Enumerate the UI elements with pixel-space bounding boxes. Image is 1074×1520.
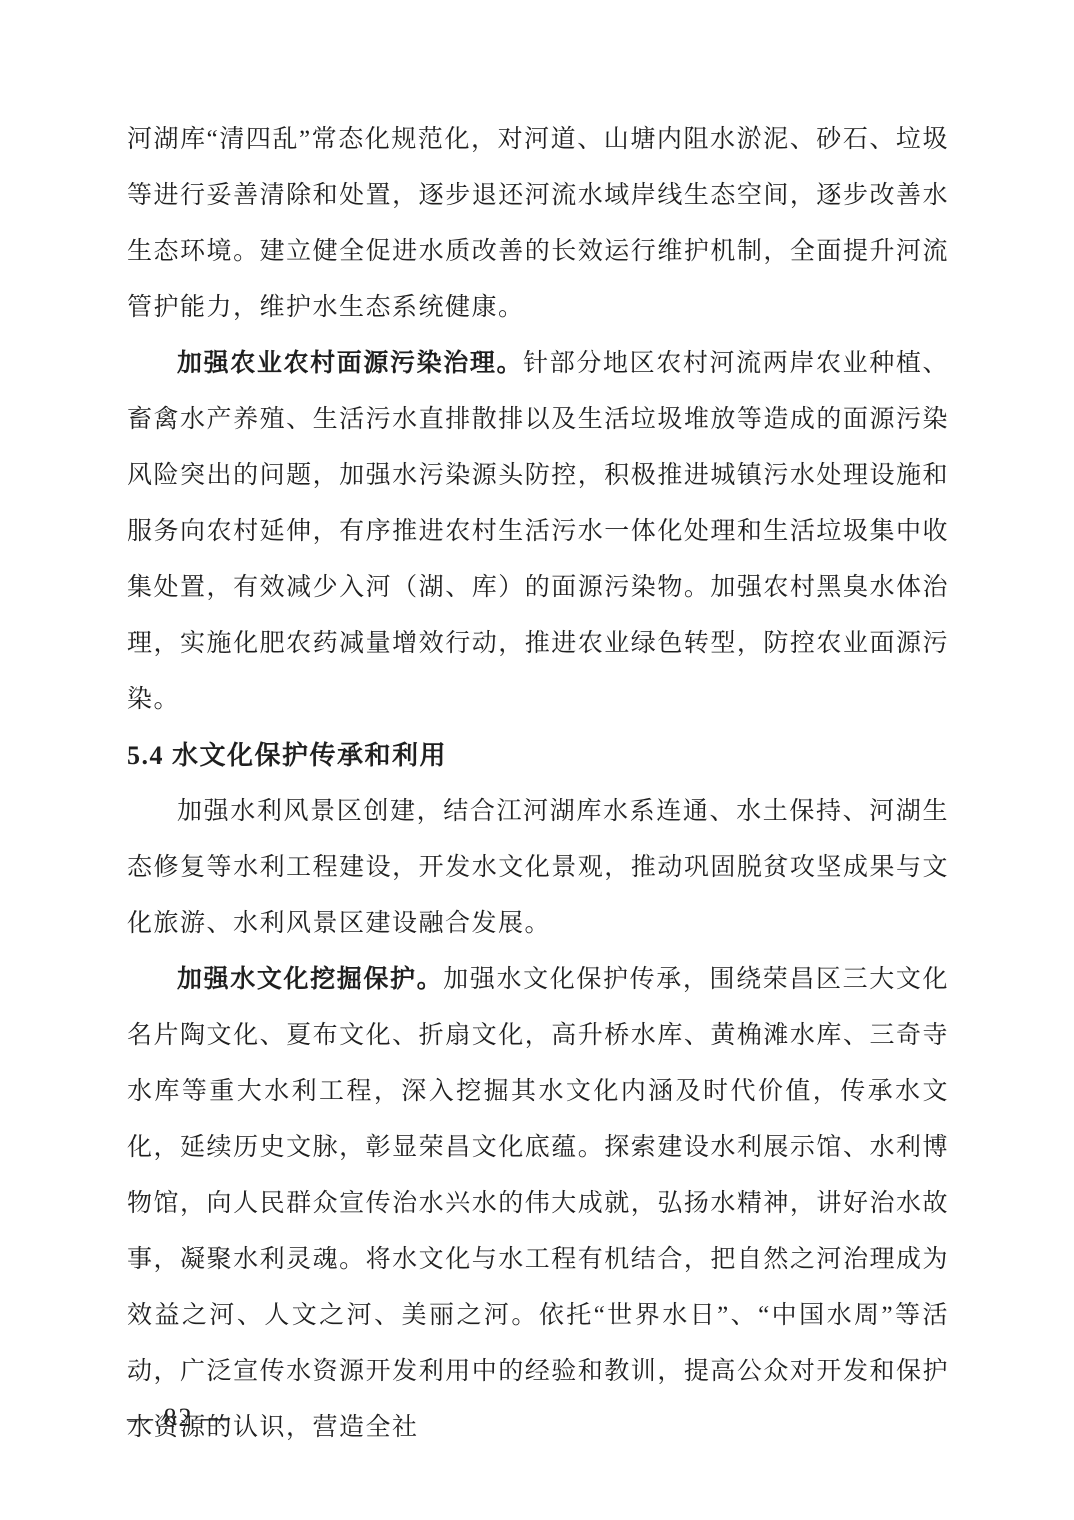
paragraph: 加强水文化挖掘保护。加强水文化保护传承，围绕荣昌区三大文化名片陶文化、夏布文化、… — [127, 952, 949, 1456]
bold-run: 5.4 水文化保护传承和利用 — [127, 741, 447, 770]
paragraph: 加强水利风景区创建，结合江河湖库水系连通、水土保持、河湖生态修复等水利工程建设，… — [127, 784, 949, 952]
section-heading: 5.4 水文化保护传承和利用 — [127, 728, 949, 784]
text-run: 河湖库“清四乱”常态化规范化，对河道、山塘内阻水淤泥、砂石、垃圾等进行妥善清除和… — [127, 126, 949, 321]
bold-run: 加强农业农村面源污染治理。 — [177, 350, 523, 377]
paragraph: 加强农业农村面源污染治理。针部分地区农村河流两岸农业种植、畜禽水产养殖、生活污水… — [127, 336, 949, 728]
text-run: 针部分地区农村河流两岸农业种植、畜禽水产养殖、生活污水直排散排以及生活垃圾堆放等… — [127, 350, 949, 713]
paragraph: 河湖库“清四乱”常态化规范化，对河道、山塘内阻水淤泥、砂石、垃圾等进行妥善清除和… — [127, 112, 949, 336]
page-number: — 82 — — [127, 1398, 230, 1438]
bold-run: 加强水文化挖掘保护。 — [177, 966, 443, 993]
text-run: 加强水利风景区创建，结合江河湖库水系连通、水土保持、河湖生态修复等水利工程建设，… — [127, 798, 949, 937]
document-page: 河湖库“清四乱”常态化规范化，对河道、山塘内阻水淤泥、砂石、垃圾等进行妥善清除和… — [0, 0, 1074, 1520]
text-run: 加强水文化保护传承，围绕荣昌区三大文化名片陶文化、夏布文化、折扇文化，高升桥水库… — [127, 966, 949, 1441]
document-content: 河湖库“清四乱”常态化规范化，对河道、山塘内阻水淤泥、砂石、垃圾等进行妥善清除和… — [127, 112, 949, 1456]
